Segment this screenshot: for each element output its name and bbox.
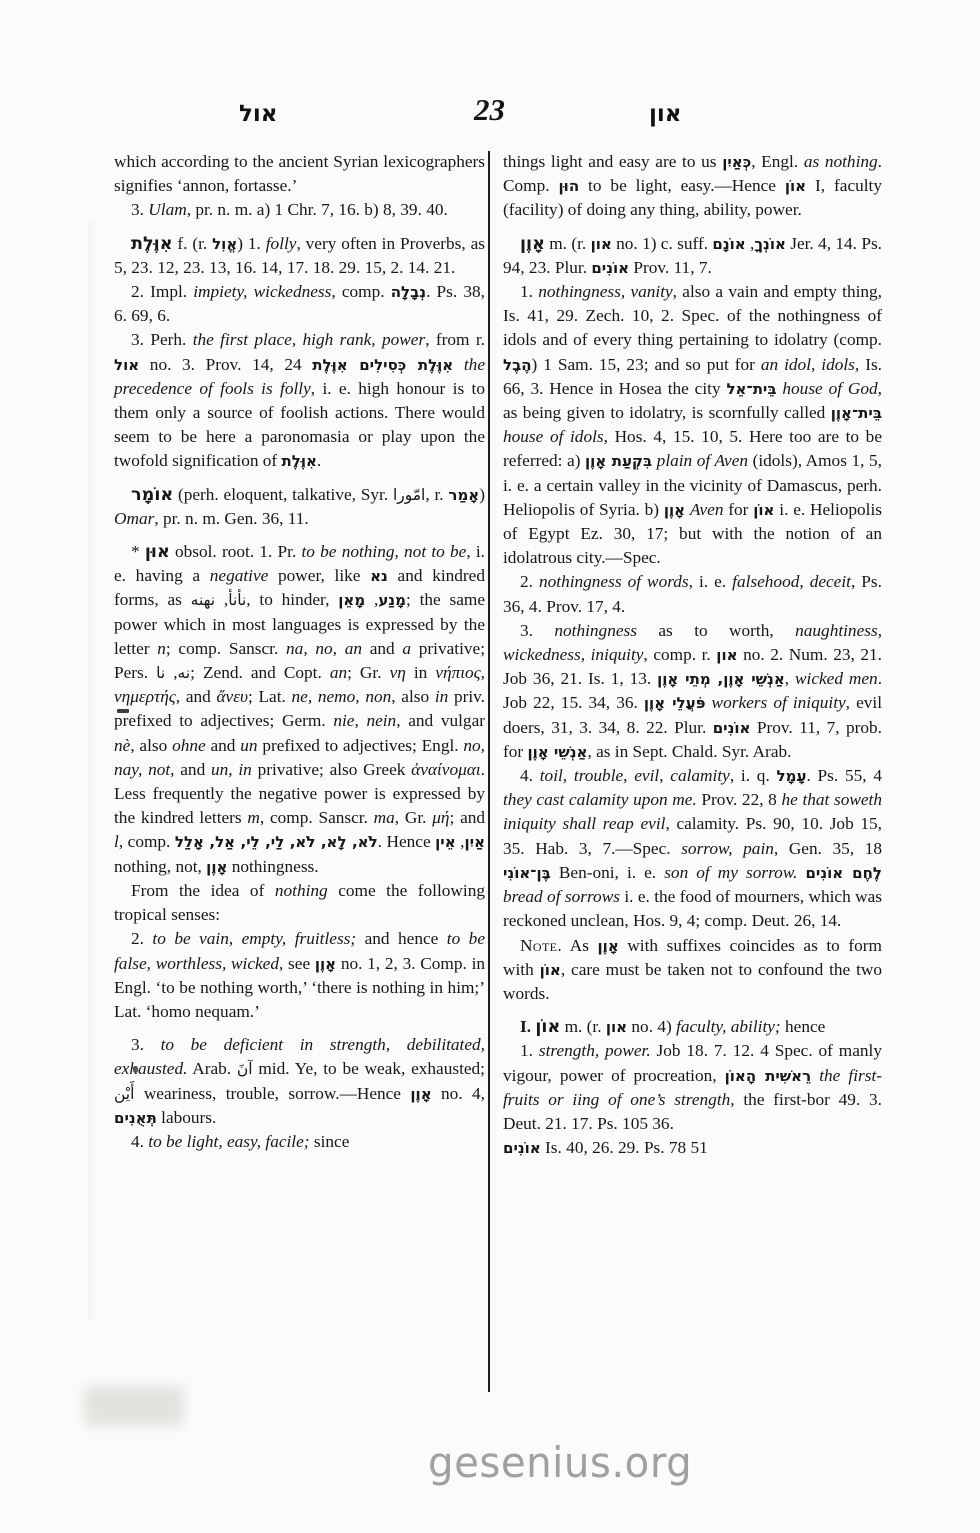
paragraph: which according to the ancient Syrian le… (114, 150, 485, 198)
scan-edge-shadow (88, 220, 100, 1320)
scan-mark-artifact (117, 709, 129, 713)
page-number: 23 (474, 92, 505, 128)
paragraph: אָוֶן m. (r. און no. 1) c. suff. אוֹנְךָ… (503, 232, 882, 280)
paragraph: things light and easy are to us כְּאַיִן… (503, 150, 882, 223)
scan-smudge-artifact (84, 1386, 184, 1426)
header-keyword-right: און (649, 101, 682, 127)
paragraph: * אוּן obsol. root. 1. Pr. to be nothing… (114, 540, 485, 879)
scan-fade-artifact (800, 1130, 980, 1410)
paragraph: Note. As אָוֶן with suffixes coincides a… (503, 934, 882, 1007)
paragraph: 2. to be vain, empty, fruitless; and hen… (114, 927, 485, 1024)
watermark: gesenius.org (428, 1438, 692, 1487)
paragraph: 1. strength, power. Job 18. 7. 12. 4 Spe… (503, 1039, 882, 1136)
right-column: things light and easy are to us כְּאַיִן… (503, 150, 882, 1160)
paragraph: 3. to be deficient in strength, debilita… (114, 1033, 485, 1130)
paragraph: 3. nothingness as to worth, naughtiness,… (503, 619, 882, 764)
paragraph: אִוֶּלֶת f. (r. אֱוִל) 1. folly, very of… (114, 232, 485, 280)
paragraph: From the idea of nothing come the follow… (114, 879, 485, 927)
paragraph: אוֹנִים Is. 40, 26. 29. Ps. 78 51 (503, 1136, 882, 1160)
paragraph: 2. nothingness of words, i. e. falsehood… (503, 570, 882, 618)
scan-dot-artifact (133, 1066, 138, 1073)
column-divider-rule (488, 151, 490, 1392)
page-header: אול 23 און (0, 0, 980, 150)
paragraph: 2. Impl. impiety, wickedness, comp. נְבָ… (114, 280, 485, 328)
paragraph: 3. Ulam, pr. n. m. a) 1 Chr. 7, 16. b) 8… (114, 198, 485, 222)
left-column: which according to the ancient Syrian le… (114, 150, 485, 1154)
paragraph: אוֹמָר (perh. eloquent, talkative, Syr. … (114, 483, 485, 531)
paragraph: I. אוֹן m. (r. און no. 4) faculty, abili… (503, 1015, 882, 1039)
paragraph: 4. to be light, easy, facile; since (114, 1130, 485, 1154)
paragraph: 4. toil, trouble, evil, calamity, i. q. … (503, 764, 882, 933)
paragraph: 1. nothingness, vanity, also a vain and … (503, 280, 882, 570)
header-keyword-left: אול (239, 101, 278, 127)
paragraph: 3. Perh. the first place, high rank, pow… (114, 328, 485, 473)
